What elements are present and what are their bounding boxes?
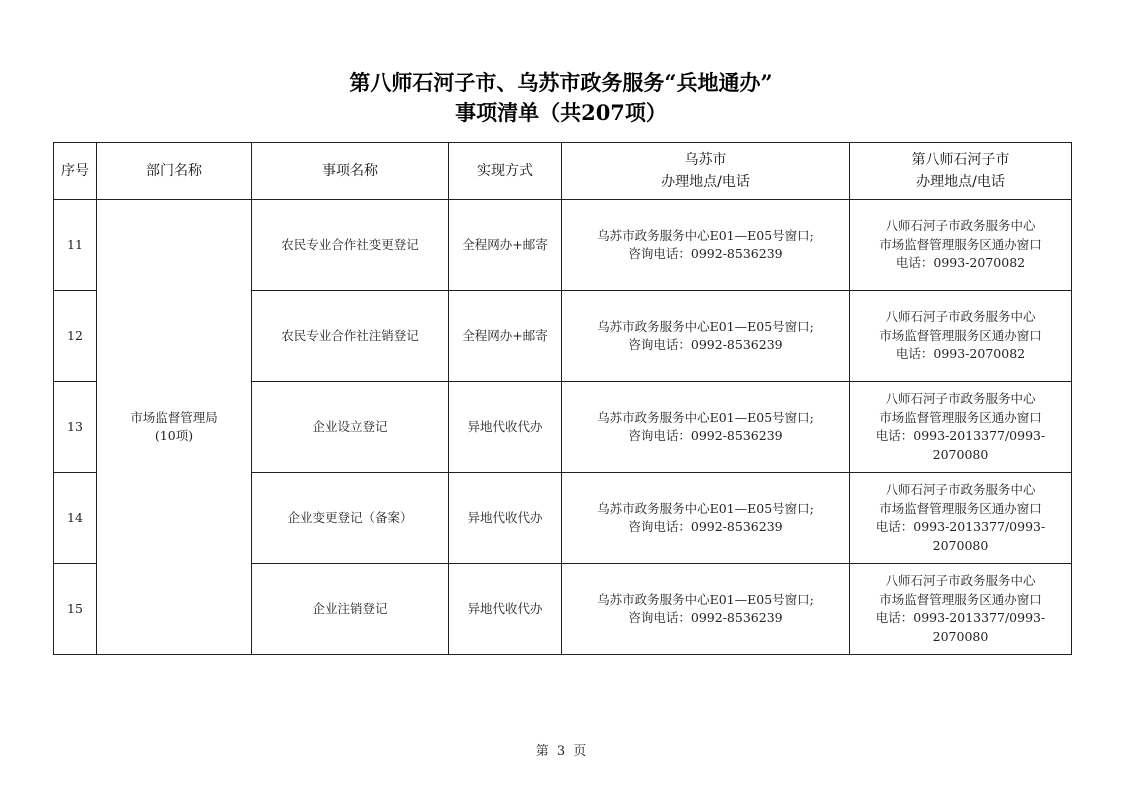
header-shihezi-line1: 第八师石河子市 [854, 149, 1067, 171]
row-shihezi-location: 八师石河子市政务服务中心 市场监督管理服务区通办窗口 电话：0993-20133… [850, 382, 1072, 473]
shihezi-center: 八师石河子市政务服务中心 [854, 481, 1067, 500]
wusu-address: 乌苏市政务服务中心E01—E05号窗口; [566, 591, 845, 610]
header-seq: 序号 [54, 143, 97, 200]
row-method: 异地代收代办 [449, 382, 562, 473]
row-item-name: 企业变更登记（备案） [252, 473, 449, 564]
row-method: 全程网办+邮寄 [449, 200, 562, 291]
shihezi-phone: 电话：0993-2070082 [854, 345, 1067, 364]
wusu-phone: 咨询电话：0992-8536239 [566, 518, 845, 537]
header-item-name: 事项名称 [252, 143, 449, 200]
row-item-name: 农民专业合作社注销登记 [252, 291, 449, 382]
row-method: 异地代收代办 [449, 564, 562, 655]
shihezi-phone-cont: 2070080 [854, 628, 1067, 647]
department-count: (10项) [101, 427, 247, 446]
shihezi-window: 市场监督管理服务区通办窗口 [854, 327, 1067, 346]
shihezi-window: 市场监督管理服务区通办窗口 [854, 500, 1067, 519]
wusu-address: 乌苏市政务服务中心E01—E05号窗口; [566, 318, 845, 337]
wusu-address: 乌苏市政务服务中心E01—E05号窗口; [566, 227, 845, 246]
table-row: 11 市场监督管理局 (10项) 农民专业合作社变更登记 全程网办+邮寄 乌苏市… [54, 200, 1072, 291]
wusu-phone: 咨询电话：0992-8536239 [566, 245, 845, 264]
shihezi-center: 八师石河子市政务服务中心 [854, 308, 1067, 327]
shihezi-phone: 电话：0993-2070082 [854, 254, 1067, 273]
row-shihezi-location: 八师石河子市政务服务中心 市场监督管理服务区通办窗口 电话：0993-20700… [850, 200, 1072, 291]
department-name: 市场监督管理局 [101, 409, 247, 428]
row-wusu-location: 乌苏市政务服务中心E01—E05号窗口; 咨询电话：0992-8536239 [562, 564, 850, 655]
row-seq: 13 [54, 382, 97, 473]
service-items-table: 序号 部门名称 事项名称 实现方式 乌苏市 办理地点/电话 第八师石河子市 办理… [53, 142, 1072, 655]
row-seq: 14 [54, 473, 97, 564]
header-method: 实现方式 [449, 143, 562, 200]
shihezi-center: 八师石河子市政务服务中心 [854, 572, 1067, 591]
wusu-address: 乌苏市政务服务中心E01—E05号窗口; [566, 500, 845, 519]
department-cell: 市场监督管理局 (10项) [97, 200, 252, 655]
title-line-2: 事项清单（共207项） [0, 98, 1122, 128]
row-item-name: 企业设立登记 [252, 382, 449, 473]
shihezi-center: 八师石河子市政务服务中心 [854, 217, 1067, 236]
header-wusu-line1: 乌苏市 [566, 149, 845, 171]
wusu-phone: 咨询电话：0992-8536239 [566, 427, 845, 446]
shihezi-phone: 电话：0993-2013377/0993- [854, 609, 1067, 628]
row-method: 全程网办+邮寄 [449, 291, 562, 382]
header-department: 部门名称 [97, 143, 252, 200]
document-title: 第八师石河子市、乌苏市政务服务“兵地通办” 事项清单（共207项） [0, 68, 1122, 128]
shihezi-window: 市场监督管理服务区通办窗口 [854, 409, 1067, 428]
page-number: 第 3 页 [0, 740, 1122, 759]
shihezi-window: 市场监督管理服务区通办窗口 [854, 591, 1067, 610]
shihezi-window: 市场监督管理服务区通办窗口 [854, 236, 1067, 255]
row-wusu-location: 乌苏市政务服务中心E01—E05号窗口; 咨询电话：0992-8536239 [562, 473, 850, 564]
row-wusu-location: 乌苏市政务服务中心E01—E05号窗口; 咨询电话：0992-8536239 [562, 200, 850, 291]
row-seq: 12 [54, 291, 97, 382]
header-shihezi-line2: 办理地点/电话 [854, 171, 1067, 193]
wusu-phone: 咨询电话：0992-8536239 [566, 336, 845, 355]
row-item-name: 企业注销登记 [252, 564, 449, 655]
shihezi-phone-cont: 2070080 [854, 446, 1067, 465]
row-shihezi-location: 八师石河子市政务服务中心 市场监督管理服务区通办窗口 电话：0993-20133… [850, 564, 1072, 655]
row-wusu-location: 乌苏市政务服务中心E01—E05号窗口; 咨询电话：0992-8536239 [562, 382, 850, 473]
shihezi-phone: 电话：0993-2013377/0993- [854, 518, 1067, 537]
row-seq: 11 [54, 200, 97, 291]
row-item-name: 农民专业合作社变更登记 [252, 200, 449, 291]
wusu-address: 乌苏市政务服务中心E01—E05号窗口; [566, 409, 845, 428]
header-wusu-line2: 办理地点/电话 [566, 171, 845, 193]
row-wusu-location: 乌苏市政务服务中心E01—E05号窗口; 咨询电话：0992-8536239 [562, 291, 850, 382]
header-shihezi-location: 第八师石河子市 办理地点/电话 [850, 143, 1072, 200]
row-shihezi-location: 八师石河子市政务服务中心 市场监督管理服务区通办窗口 电话：0993-20700… [850, 291, 1072, 382]
shihezi-phone-cont: 2070080 [854, 537, 1067, 556]
header-wusu-location: 乌苏市 办理地点/电话 [562, 143, 850, 200]
shihezi-center: 八师石河子市政务服务中心 [854, 390, 1067, 409]
row-method: 异地代收代办 [449, 473, 562, 564]
title-line-1: 第八师石河子市、乌苏市政务服务“兵地通办” [0, 68, 1122, 98]
wusu-phone: 咨询电话：0992-8536239 [566, 609, 845, 628]
table-header-row: 序号 部门名称 事项名称 实现方式 乌苏市 办理地点/电话 第八师石河子市 办理… [54, 143, 1072, 200]
row-shihezi-location: 八师石河子市政务服务中心 市场监督管理服务区通办窗口 电话：0993-20133… [850, 473, 1072, 564]
row-seq: 15 [54, 564, 97, 655]
shihezi-phone: 电话：0993-2013377/0993- [854, 427, 1067, 446]
